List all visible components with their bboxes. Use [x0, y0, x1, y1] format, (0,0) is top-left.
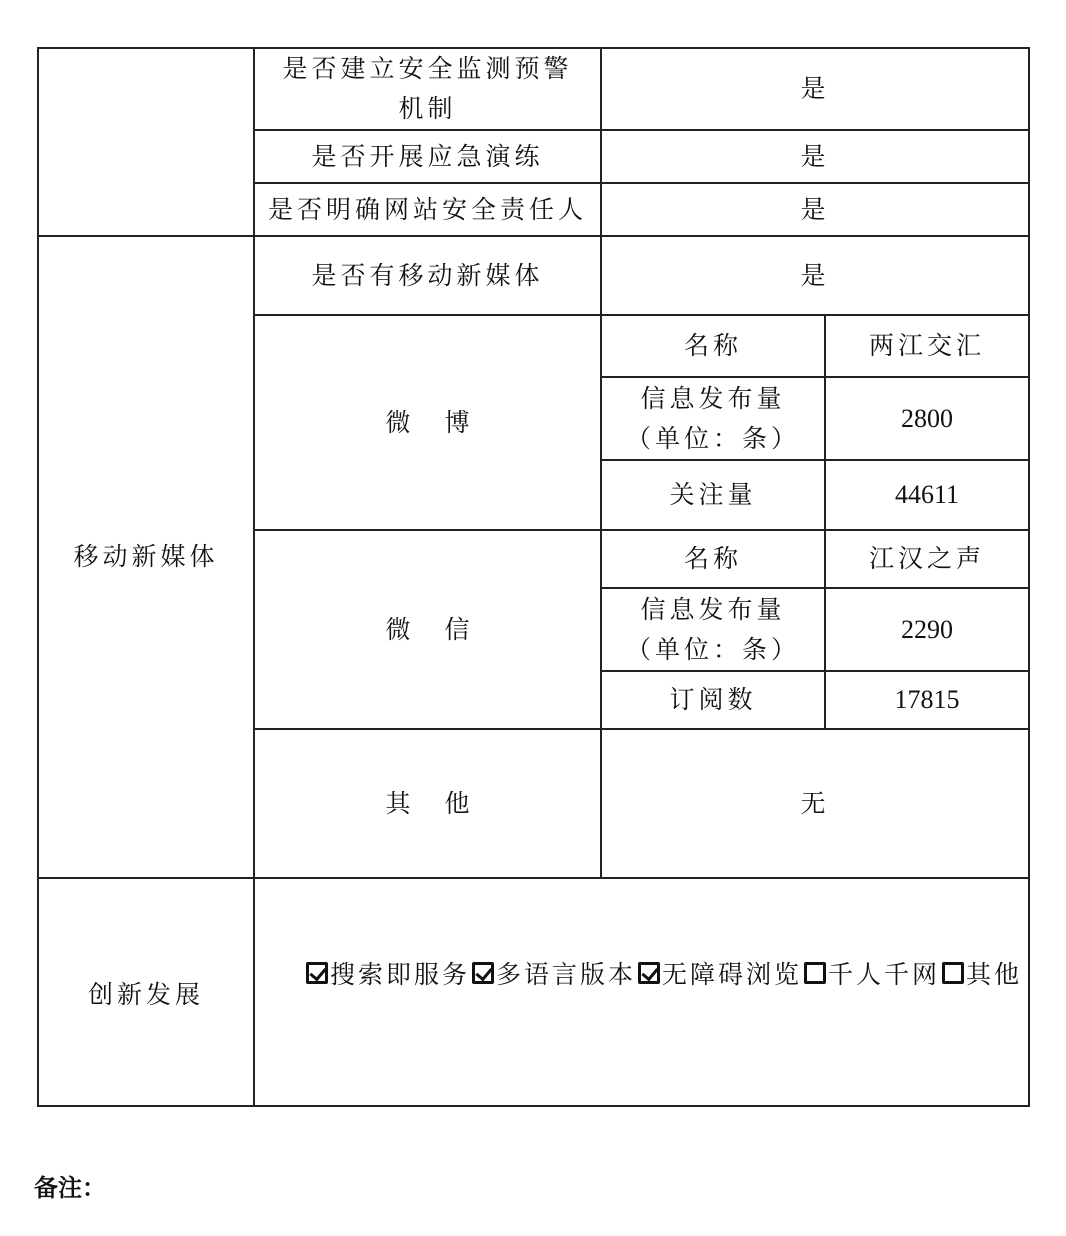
key-line: （单位：条）	[626, 630, 800, 670]
emergency-drill-label: 是否开展应急演练	[254, 130, 601, 183]
other-media-label: 其他	[254, 729, 601, 878]
weibo-followers-value: 44611	[825, 460, 1029, 530]
innovation-options: 搜索即服务 多语言版本 无障碍浏览 千人千网 其他	[306, 955, 1024, 991]
option-multilingual: 多语言版本	[496, 955, 636, 991]
option-accessibility: 无障碍浏览	[662, 955, 802, 991]
has-mobile-media-label: 是否有移动新媒体	[254, 236, 601, 315]
has-mobile-media-value: 是	[601, 236, 1029, 315]
option-personalized: 千人千网	[828, 955, 940, 991]
key-line: 信息发布量	[640, 379, 785, 419]
key-line: （单位：条）	[626, 419, 800, 459]
label-line: 机制	[398, 89, 456, 129]
key-line: 信息发布量	[640, 590, 785, 630]
security-owner-label: 是否明确网站安全责任人	[254, 183, 601, 236]
checkbox-unchecked-icon[interactable]	[942, 962, 964, 984]
option-search-service: 搜索即服务	[330, 955, 470, 991]
checkbox-unchecked-icon[interactable]	[804, 962, 826, 984]
security-monitoring-label: 是否建立安全监测预警 机制	[254, 48, 601, 130]
innovation-section-label: 创新发展	[38, 878, 254, 1106]
wechat-subscribers-key: 订阅数	[601, 671, 825, 729]
wechat-name-key: 名称	[601, 530, 825, 588]
note-label: 备注：	[34, 1168, 106, 1203]
other-media-value: 无	[601, 729, 1029, 878]
wechat-subscribers-value: 17815	[825, 671, 1029, 729]
checkbox-checked-icon[interactable]	[638, 962, 660, 984]
emergency-drill-value: 是	[601, 130, 1029, 183]
mobile-media-section-label: 移动新媒体	[38, 236, 254, 878]
label-line: 是否建立安全监测预警	[282, 49, 572, 89]
checkbox-checked-icon[interactable]	[472, 962, 494, 984]
weibo-posts-value: 2800	[825, 377, 1029, 460]
weibo-posts-key: 信息发布量 （单位：条）	[601, 377, 825, 460]
wechat-posts-value: 2290	[825, 588, 1029, 671]
wechat-posts-key: 信息发布量 （单位：条）	[601, 588, 825, 671]
wechat-label: 微信	[254, 530, 601, 729]
weibo-label: 微博	[254, 315, 601, 530]
option-other: 其他	[966, 955, 1022, 991]
weibo-followers-key: 关注量	[601, 460, 825, 530]
wechat-name-value: 江汉之声	[825, 530, 1029, 588]
weibo-name-value: 两江交汇	[825, 315, 1029, 377]
checkbox-checked-icon[interactable]	[306, 962, 328, 984]
security-monitoring-value: 是	[601, 48, 1029, 130]
weibo-name-key: 名称	[601, 315, 825, 377]
security-owner-value: 是	[601, 183, 1029, 236]
